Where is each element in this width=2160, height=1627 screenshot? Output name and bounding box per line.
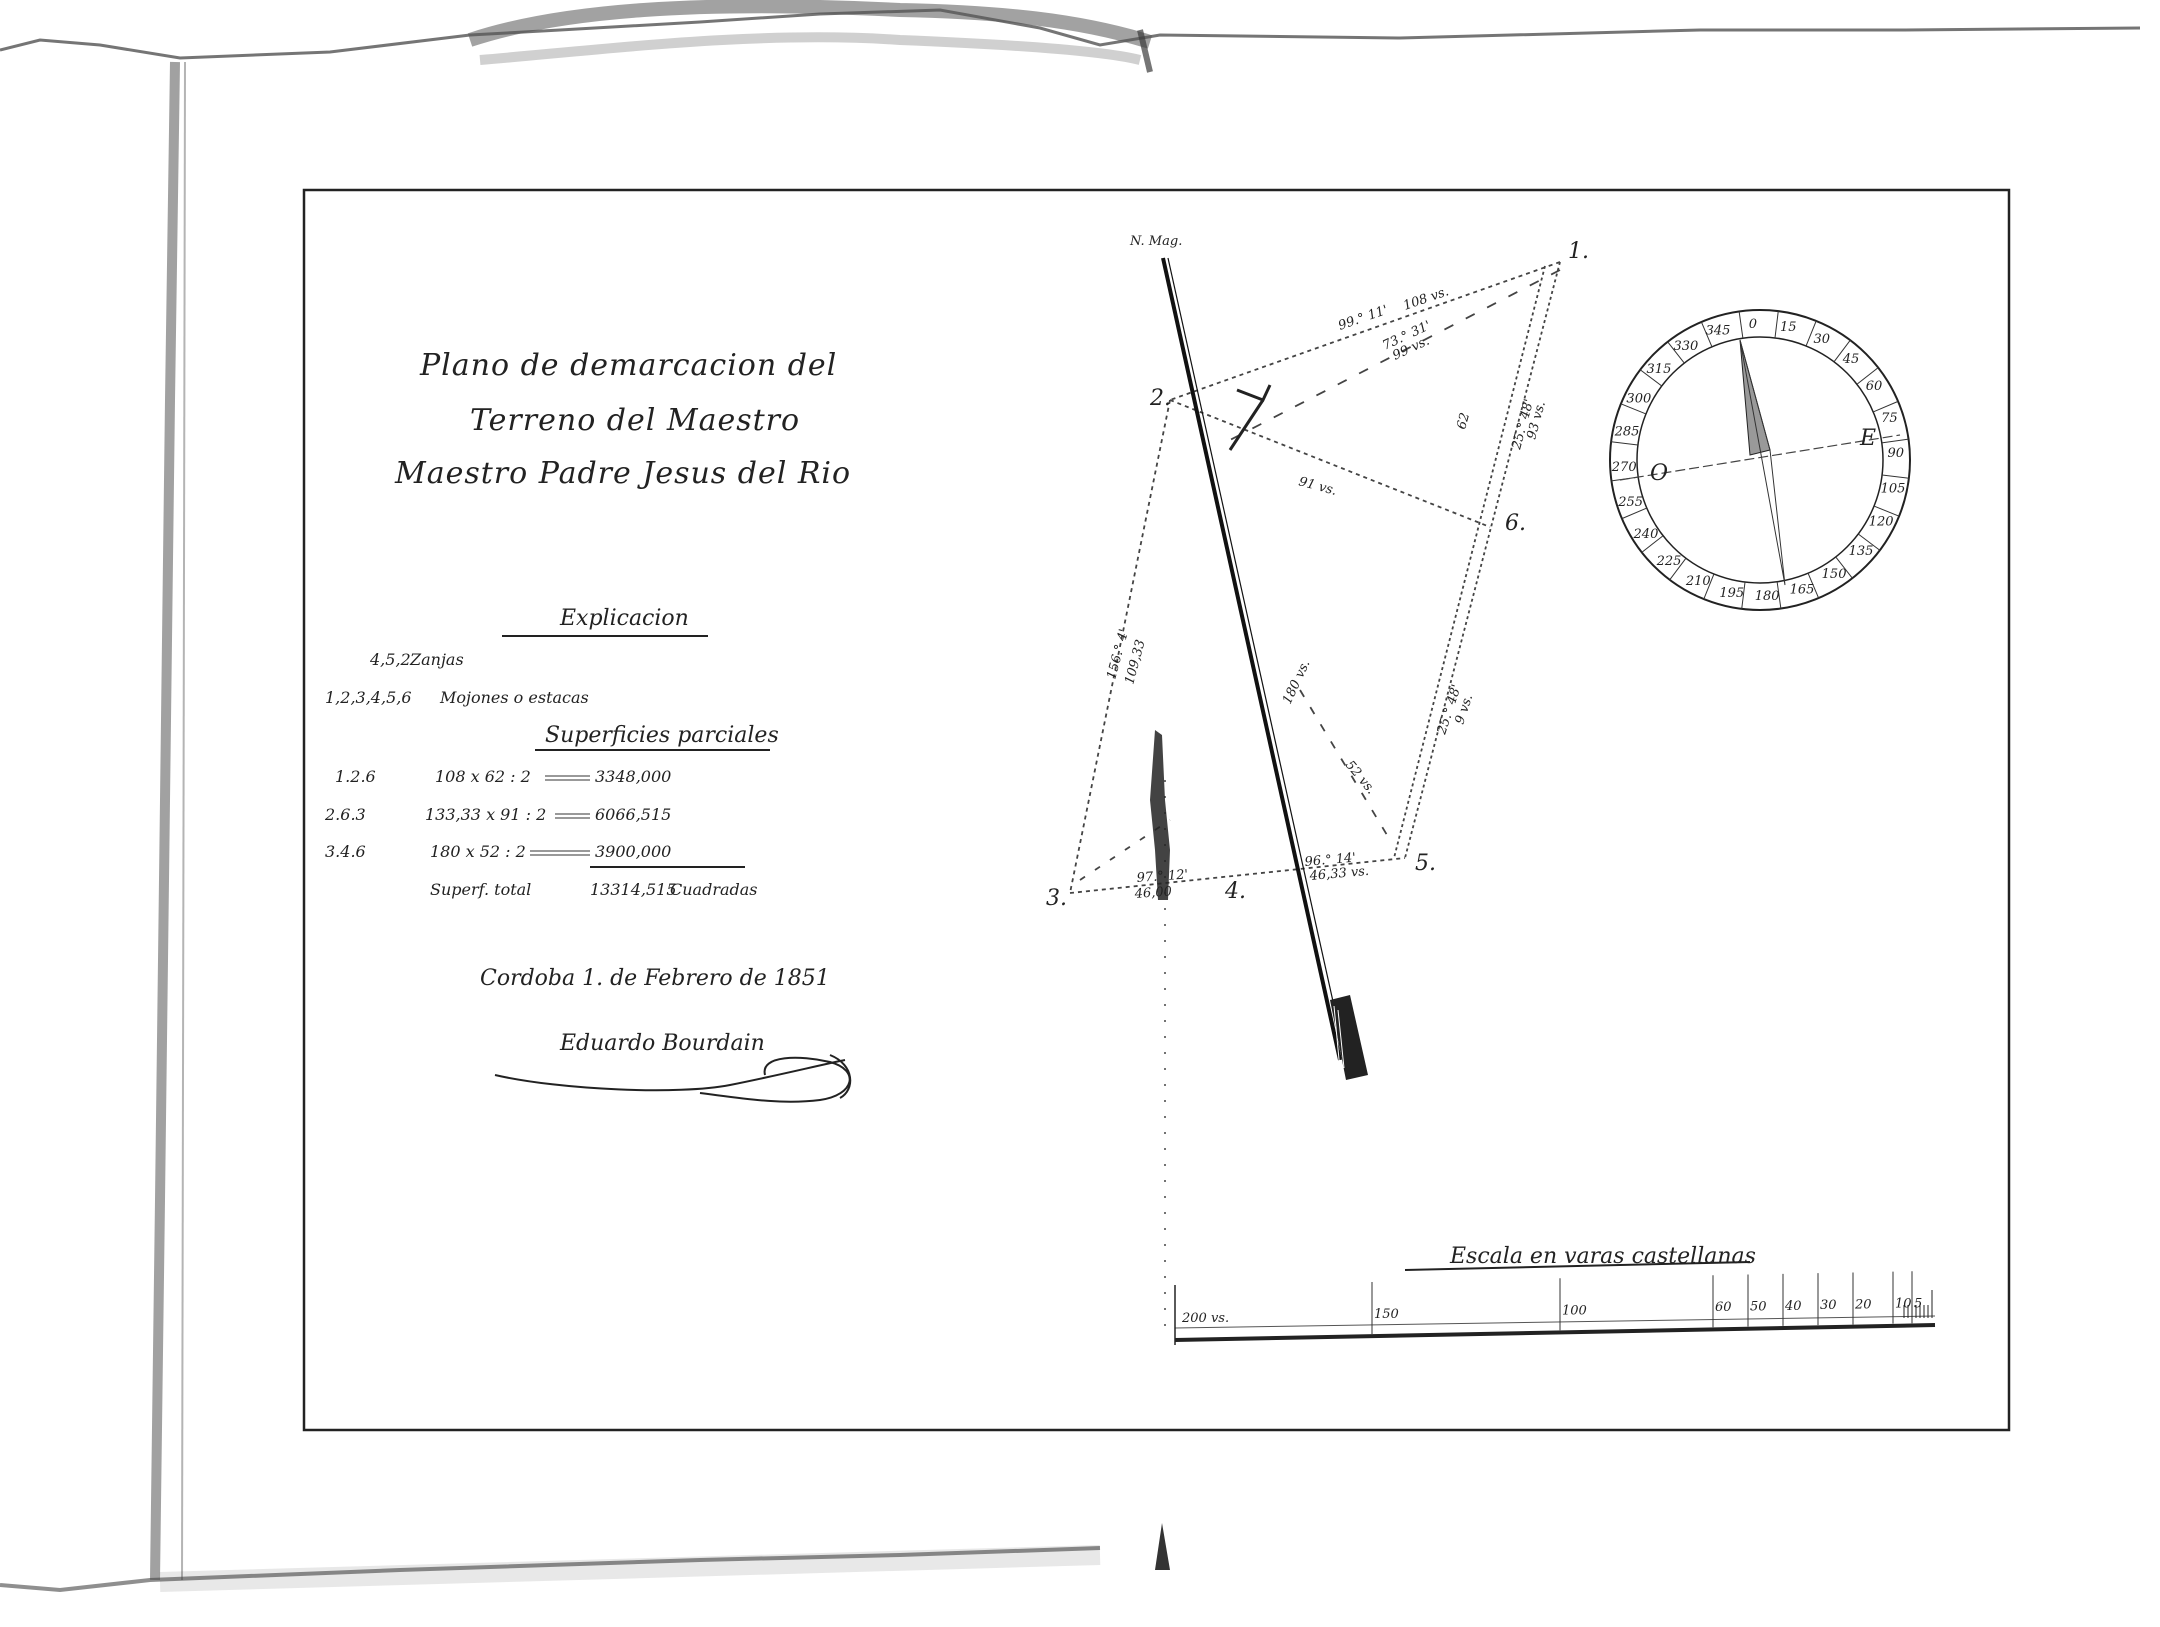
scale-tick-label: 20 — [1854, 1297, 1872, 1312]
compass-label: 75 — [1881, 411, 1898, 426]
compass-label: 345 — [1706, 324, 1731, 339]
legend-desc-2: Mojones o estacas — [439, 688, 589, 707]
compass-label: 285 — [1614, 425, 1640, 440]
scale-tick-label: 5 — [1914, 1296, 1922, 1311]
title-line-2: Terreno del Maestro — [470, 403, 800, 438]
date-line: Cordoba 1. de Febrero de 1851 — [480, 966, 830, 991]
total-value: 13314,515 — [590, 880, 677, 899]
compass-label: 210 — [1685, 574, 1711, 589]
areas-heading: Superficies parciales — [545, 723, 779, 748]
svg-text:2.6.3: 2.6.3 — [324, 805, 366, 824]
vertex-1: 1. — [1568, 239, 1589, 264]
compass-label: 315 — [1647, 362, 1672, 377]
vertex-6: 6. — [1505, 511, 1526, 536]
compass-label: 15 — [1780, 320, 1797, 335]
signature: Eduardo Bourdain — [559, 1031, 765, 1056]
compass-label: 90 — [1888, 446, 1905, 461]
scale-tick-label: 30 — [1820, 1298, 1837, 1313]
svg-text:133,33 x 91 : 2: 133,33 x 91 : 2 — [425, 805, 546, 824]
compass-label: 195 — [1719, 586, 1744, 601]
scale-tick-label: 150 — [1374, 1307, 1399, 1322]
vertex-3: 3. — [1046, 886, 1067, 911]
legend-desc-1: Zanjas — [409, 650, 464, 669]
scale-tick-label: 200 vs. — [1181, 1311, 1229, 1326]
svg-text:108 x 62 : 2: 108 x 62 : 2 — [435, 767, 531, 786]
compass-label: 45 — [1842, 352, 1860, 367]
scale-tick-label: 100 — [1562, 1303, 1587, 1318]
legend-heading: Explicacion — [559, 606, 689, 631]
svg-text:6066,515: 6066,515 — [595, 805, 671, 824]
compass-label: 150 — [1822, 567, 1847, 582]
scale-tick-label: 10 — [1895, 1297, 1912, 1312]
compass-label: 225 — [1656, 554, 1682, 569]
vertex-2: 2. — [1149, 386, 1171, 411]
compass-label: 30 — [1813, 332, 1830, 347]
compass-label: 165 — [1790, 582, 1815, 597]
legend-key-1: 4,5,2 — [369, 650, 411, 669]
scanned-survey-plan: Plano de demarcacion del Terreno del Mae… — [0, 0, 2160, 1627]
svg-text:1.2.6: 1.2.6 — [335, 767, 376, 786]
compass-label: 330 — [1674, 339, 1699, 354]
compass-label: 180 — [1755, 589, 1780, 604]
svg-text:3348,000: 3348,000 — [595, 767, 671, 786]
svg-text:180 x 52 : 2: 180 x 52 : 2 — [430, 842, 526, 861]
vertex-4: 4. — [1224, 879, 1246, 904]
legend-key-2: 1,2,3,4,5,6 — [325, 688, 412, 707]
svg-text:3900,000: 3900,000 — [595, 842, 671, 861]
scale-tick-label: 40 — [1784, 1299, 1802, 1314]
compass-label: 105 — [1881, 481, 1906, 496]
compass-label: 60 — [1866, 379, 1883, 394]
compass-label: 240 — [1633, 527, 1659, 542]
compass-label: 120 — [1869, 515, 1894, 530]
compass-label: 0 — [1749, 317, 1757, 332]
compass-label: 135 — [1849, 544, 1874, 559]
total-unit: Cuadradas — [670, 880, 758, 899]
compass-label: 270 — [1611, 460, 1637, 475]
compass-label: 300 — [1626, 391, 1651, 406]
scale-tick-label: 50 — [1750, 1300, 1767, 1315]
svg-text:E: E — [1859, 426, 1876, 451]
title-line-1: Plano de demarcacion del — [419, 348, 837, 383]
svg-text:46,00: 46,00 — [1133, 884, 1172, 902]
scale-tick-label: 60 — [1715, 1300, 1732, 1315]
compass-label: 255 — [1617, 495, 1643, 510]
north-label: N. Mag. — [1129, 234, 1182, 249]
total-label: Superf. total — [430, 880, 531, 899]
svg-text:O: O — [1650, 461, 1668, 486]
title-line-3: Maestro Padre Jesus del Rio — [394, 456, 851, 491]
svg-text:3.4.6: 3.4.6 — [325, 842, 366, 861]
vertex-5: 5. — [1415, 851, 1436, 876]
